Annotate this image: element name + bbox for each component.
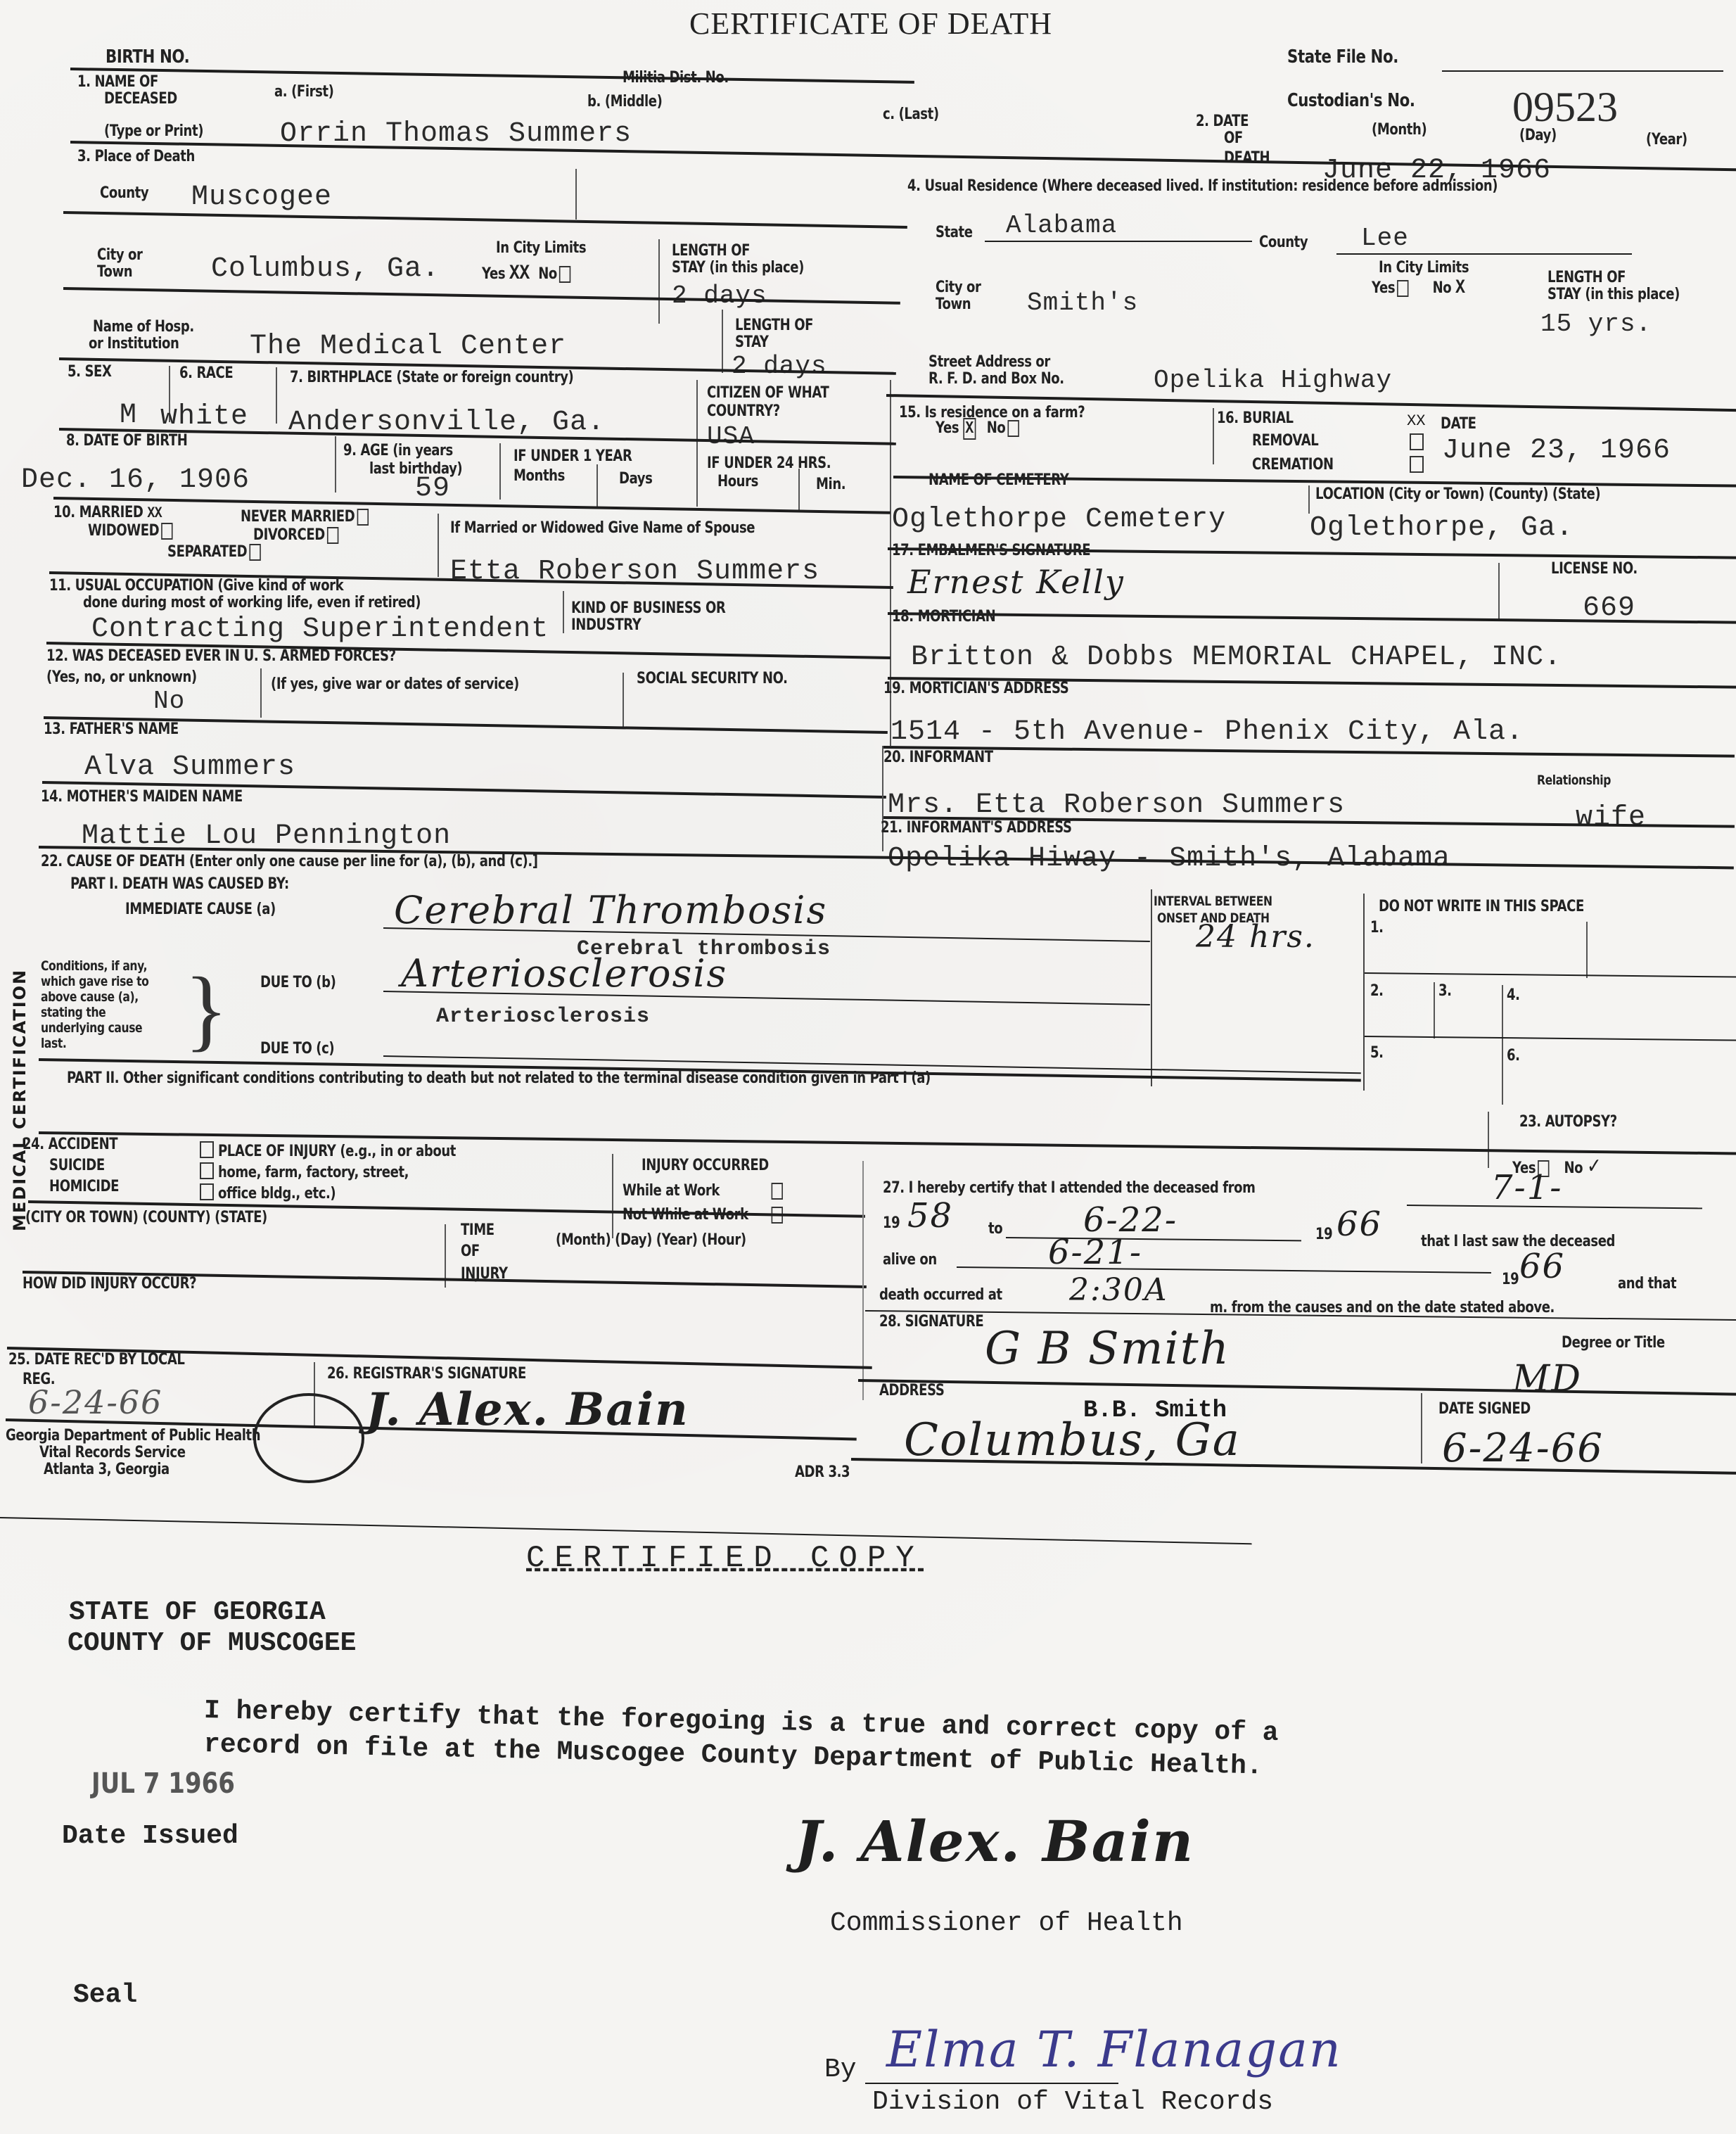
grid-cell-3: 3. <box>1438 982 1452 1000</box>
part-2-label: PART II. Other significant conditions co… <box>67 1069 931 1087</box>
time-columns-label: (Month) (Day) (Year) (Hour) <box>556 1231 746 1249</box>
injury-occurred-label: INJURY OCCURRED <box>642 1157 769 1174</box>
date-of-death-label-2: OF <box>1224 129 1243 147</box>
armed-forces-label: 12. WAS DECEASED EVER IN U. S. ARMED FOR… <box>46 647 396 665</box>
vital-records-signature: Elma T. Flanagan <box>886 2021 1342 2078</box>
age-label-1: 9. AGE (in years <box>343 442 453 459</box>
business-label-1: KIND OF BUSINESS OR <box>571 599 725 617</box>
commissioner-signature: J. Alex. Bain <box>795 1808 1194 1874</box>
hosp-stay-label-1: LENGTH OF <box>735 317 813 334</box>
res-stay-value: 15 yrs. <box>1540 310 1652 338</box>
certified-copy-title: CERTIFIED COPY <box>526 1541 924 1576</box>
res-city-value: Smith's <box>1027 288 1138 317</box>
suicide-checkbox[interactable]: SUICIDE <box>49 1157 105 1174</box>
farm-checkbox[interactable]: Yes X No <box>936 419 1021 438</box>
alive-on-label: alive on <box>883 1251 937 1269</box>
father-value: Alva Summers <box>84 751 295 783</box>
burial-label: 16. BURIAL <box>1217 409 1294 427</box>
license-label: LICENSE NO. <box>1551 560 1638 578</box>
day-label: (Day) <box>1519 127 1557 144</box>
date-of-death-label-3: DEATH <box>1224 149 1270 167</box>
homicide-checkbox[interactable]: HOMICIDE <box>49 1178 119 1195</box>
cemetery-label: NAME OF CEMETERY <box>928 471 1068 489</box>
cemetery-location-value: Oglethorpe, Ga. <box>1310 512 1574 544</box>
sex-label: 5. SEX <box>68 363 111 381</box>
birthplace-label: 7. BIRTHPLACE (State or foreign country) <box>290 369 573 386</box>
year-label: (Year) <box>1646 131 1687 148</box>
months-label: Months <box>513 467 565 485</box>
place-of-death-label: 3. Place of Death <box>77 148 195 165</box>
custodians-no-value: 09523 <box>1512 83 1618 132</box>
burial-date-label: DATE <box>1441 415 1476 433</box>
date-signed-value: 6-24-66 <box>1442 1425 1604 1471</box>
physician-address-value: Columbus, Ga <box>904 1414 1241 1466</box>
interval-value: 24 hrs. <box>1196 919 1315 955</box>
grid-cell-2: 2. <box>1370 982 1384 1000</box>
part-1-label: PART I. DEATH WAS CAUSED BY: <box>70 875 289 893</box>
citizen-value: USA <box>707 422 755 451</box>
date-of-death-label-1: 2. DATE <box>1196 113 1249 130</box>
immediate-cause-label: IMMEDIATE CAUSE (a) <box>125 901 276 918</box>
hosp-stay-label-2: STAY <box>735 334 769 351</box>
time-of-injury-label-1: TIME <box>461 1221 494 1239</box>
separated-checkbox[interactable]: SEPARATED <box>167 543 263 561</box>
embalmer-label: 17. EMBALMER'S SIGNATURE <box>892 542 1090 559</box>
relationship-value: wife <box>1576 802 1646 834</box>
occupation-label-2: done during most of working life, even i… <box>83 594 421 611</box>
dept-footer-line-3: Atlanta 3, Georgia <box>44 1461 170 1478</box>
hours-label: Hours <box>717 473 758 490</box>
days-label: Days <box>619 470 652 488</box>
middle-name-label: b. (Middle) <box>587 93 662 110</box>
removal-label: REMOVAL <box>1252 432 1318 450</box>
res-county-label: County <box>1259 234 1308 251</box>
widowed-checkbox[interactable]: WIDOWED <box>88 522 175 540</box>
res-state-value: Alabama <box>1006 211 1117 240</box>
war-service-label: (If yes, give war or dates of service) <box>271 675 519 693</box>
injury-location-label: (CITY OR TOWN) (COUNTY) (STATE) <box>25 1209 267 1226</box>
division-label: Division of Vital Records <box>872 2087 1273 2117</box>
citizen-label-1: CITIZEN OF WHAT <box>707 384 829 402</box>
while-at-work-checkbox[interactable]: While at Work <box>623 1182 785 1200</box>
informant-address-label: 21. INFORMANT'S ADDRESS <box>881 819 1072 837</box>
certify-text-2: that I last saw the deceased <box>1421 1233 1615 1250</box>
res-stay-label-2: STAY (in this place) <box>1547 286 1680 303</box>
cemetery-name-value: Oglethorpe Cemetery <box>892 504 1226 535</box>
removal-checkbox[interactable] <box>1407 433 1427 450</box>
conditions-label: Conditions, if any, which gave rise to a… <box>41 958 156 1051</box>
under-1-year-label: IF UNDER 1 YEAR <box>513 447 632 465</box>
death-time-value: 2:30A <box>1069 1272 1168 1308</box>
occupation-value: Contracting Superintendent <box>91 614 549 645</box>
burial-checkbox[interactable]: XX <box>1407 412 1425 430</box>
name-label-2: DECEASED <box>104 90 177 108</box>
death-occurred-label: death occurred at <box>879 1286 1002 1304</box>
signature-label: 28. SIGNATURE <box>879 1313 983 1330</box>
form-number: ADR 3.3 <box>795 1463 850 1481</box>
custodians-no-label: Custodian's No. <box>1287 90 1415 111</box>
burial-date-value: June 23, 1966 <box>1442 435 1671 466</box>
res-state-label: State <box>936 224 973 241</box>
embalmer-signature: Ernest Kelly <box>907 563 1125 601</box>
date-received-label-1: 25. DATE REC'D BY LOCAL <box>8 1351 184 1368</box>
business-label-2: INDUSTRY <box>571 616 641 634</box>
mortician-address-label: 19. MORTICIAN'S ADDRESS <box>883 680 1068 697</box>
dob-label: 8. DATE OF BIRTH <box>66 432 187 450</box>
how-injury-label: HOW DID INJURY OCCUR? <box>23 1275 196 1293</box>
dept-footer-line-1: Georgia Department of Public Health <box>6 1427 260 1444</box>
divorced-checkbox[interactable]: DIVORCED <box>253 526 341 544</box>
place-of-injury-label-1: PLACE OF INJURY (e.g., in or about <box>218 1143 456 1160</box>
relationship-label: Relationship <box>1537 773 1611 788</box>
in-city-yes-checkbox[interactable]: Yes XX No <box>482 262 573 286</box>
autopsy-label: 23. AUTOPSY? <box>1519 1113 1617 1131</box>
res-in-city-limits-label: In City Limits <box>1379 259 1469 277</box>
grid-cell-1: 1. <box>1370 919 1384 936</box>
registrar-signature-label: 26. REGISTRAR'S SIGNATURE <box>327 1365 526 1383</box>
name-label-3: (Type or Print) <box>104 122 203 140</box>
min-label: Min. <box>816 476 845 493</box>
accident-box[interactable] <box>197 1141 217 1158</box>
physician-signature: G B Smith <box>985 1323 1230 1375</box>
certify-text-3: and that <box>1618 1275 1676 1293</box>
race-value: white <box>160 401 248 433</box>
city-label-2: Town <box>97 263 132 281</box>
armed-forces-sub-label: (Yes, no, or unknown) <box>46 668 197 686</box>
mortician-value: Britton & Dobbs MEMORIAL CHAPEL, INC. <box>911 642 1562 673</box>
sex-value: M <box>120 400 137 431</box>
in-city-limits-label: In City Limits <box>496 239 586 257</box>
place-of-injury-label-3: office bldg., etc.) <box>218 1185 336 1202</box>
armed-forces-value: No <box>153 687 185 716</box>
birth-no-label: BIRTH NO. <box>106 46 189 68</box>
immediate-cause-handwritten: Cerebral Thrombosis <box>394 888 827 932</box>
last-name-label: c. (Last) <box>883 106 939 123</box>
physician-address-label: ADDRESS <box>879 1382 944 1399</box>
dob-value: Dec. 16, 1906 <box>21 464 250 496</box>
suicide-box[interactable] <box>197 1162 217 1179</box>
seal-label: Seal <box>73 1980 137 2010</box>
death-city-value: Columbus, Ga. <box>211 253 440 285</box>
certify-text-1: 27. I hereby certify that I attended the… <box>883 1179 1255 1197</box>
county-of-muscogee: COUNTY OF MUSCOGEE <box>68 1628 356 1658</box>
state-file-no-label: State File No. <box>1287 46 1398 68</box>
time-of-injury-label-2: OF <box>461 1243 480 1260</box>
by-label: By <box>824 2054 857 2085</box>
first-name-label: a. (First) <box>274 83 333 101</box>
citizen-label-2: COUNTRY? <box>707 402 780 420</box>
degree-label: Degree or Title <box>1562 1334 1665 1352</box>
ssn-label: SOCIAL SECURITY NO. <box>637 670 788 687</box>
grid-cell-5: 5. <box>1370 1044 1384 1062</box>
attended-from-year: 58 <box>907 1196 953 1236</box>
grid-cell-4: 4. <box>1507 986 1520 1004</box>
document-title: CERTIFICATE OF DEATH <box>689 6 1052 42</box>
mortician-label: 18. MORTICIAN <box>892 608 995 625</box>
do-not-write-label: DO NOT WRITE IN THIS SPACE <box>1379 898 1584 915</box>
due-to-b-handwritten: Arteriosclerosis <box>401 951 727 996</box>
commissioner-label: Commissioner of Health <box>830 1908 1183 1938</box>
cause-of-death-label: 22. CAUSE OF DEATH (Enter only one cause… <box>41 853 538 870</box>
degree-value: MD <box>1512 1358 1582 1400</box>
hospital-label-1: Name of Hosp. <box>93 318 194 336</box>
alive-year-prefix: 19 <box>1502 1271 1519 1288</box>
length-of-stay-label-2: STAY (in this place) <box>672 259 804 277</box>
age-value: 59 <box>415 473 450 504</box>
to-year-prefix: 19 <box>1315 1226 1332 1243</box>
name-label-1: 1. NAME OF <box>77 73 158 91</box>
race-label: 6. RACE <box>179 364 233 382</box>
date-received-value: 6-24-66 <box>28 1383 162 1421</box>
never-married-checkbox[interactable]: NEVER MARRIED <box>241 508 371 526</box>
hosp-stay-value: 2 days <box>732 352 827 381</box>
medical-certification-side-label: MEDICAL CERTIFICATION <box>10 957 30 1231</box>
length-of-stay-value: 2 days <box>672 281 767 310</box>
spouse-label: If Married or Widowed Give Name of Spous… <box>450 519 755 537</box>
month-label: (Month) <box>1372 121 1427 139</box>
attended-from-value: 7-1- <box>1491 1168 1563 1207</box>
due-to-b-typed: Arteriosclerosis <box>436 1005 650 1029</box>
grid-cell-6: 6. <box>1507 1047 1520 1065</box>
res-city-label-2: Town <box>936 296 971 313</box>
alive-year-value: 66 <box>1519 1247 1565 1286</box>
length-of-stay-label-1: LENGTH OF <box>672 242 750 260</box>
res-in-city-checkbox[interactable]: Yes No X <box>1372 277 1465 299</box>
accident-checkbox[interactable]: 24. ACCIDENT <box>23 1136 117 1153</box>
date-signed-label: DATE SIGNED <box>1438 1400 1531 1418</box>
interval-label-1: INTERVAL BETWEEN <box>1154 894 1272 909</box>
cemetery-location-label: LOCATION (City or Town) (County) (State) <box>1315 485 1600 503</box>
date-issued-label: Date Issued <box>62 1821 238 1851</box>
to-label: to <box>988 1220 1002 1238</box>
res-county-value: Lee <box>1361 224 1409 253</box>
dept-footer-line-2: Vital Records Service <box>39 1444 186 1461</box>
death-certificate-page: CERTIFICATE OF DEATH BIRTH NO. State Fil… <box>0 0 1736 2134</box>
cremation-checkbox[interactable] <box>1407 456 1427 473</box>
state-of-georgia: STATE OF GEORGIA <box>69 1597 326 1627</box>
city-label-1: City or <box>97 246 143 264</box>
attended-to-year: 66 <box>1336 1205 1382 1244</box>
street-label-1: Street Address or <box>928 353 1050 371</box>
registrar-stamp <box>253 1393 364 1483</box>
conditions-brace: } <box>184 964 228 1055</box>
occupation-label-1: 11. USUAL OCCUPATION (Give kind of work <box>49 577 343 595</box>
mother-label: 14. MOTHER'S MAIDEN NAME <box>41 788 243 806</box>
street-label-2: R. F. D. and Box No. <box>928 370 1064 388</box>
due-to-b-label: DUE TO (b) <box>260 974 336 991</box>
res-stay-label-1: LENGTH OF <box>1547 269 1626 286</box>
place-of-injury-label-2: home, farm, factory, street, <box>218 1164 409 1181</box>
hospital-label-2: or Institution <box>89 335 179 353</box>
county-label: County <box>100 184 148 202</box>
homicide-box[interactable] <box>197 1183 217 1200</box>
informant-label: 20. INFORMANT <box>883 749 993 766</box>
alive-on-value: 6-21- <box>1048 1233 1142 1272</box>
death-county-value: Muscogee <box>191 182 332 213</box>
due-to-c-label: DUE TO (c) <box>260 1040 334 1058</box>
street-value: Opelika Highway <box>1154 366 1392 395</box>
usual-residence-label: 4. Usual Residence (Where deceased lived… <box>907 177 1498 195</box>
res-city-label-1: City or <box>936 279 981 296</box>
cremation-label: CREMATION <box>1252 456 1334 474</box>
father-label: 13. FATHER'S NAME <box>44 720 179 738</box>
hospital-value: The Medical Center <box>250 331 566 362</box>
date-issued-stamp: JUL 7 1966 <box>91 1767 235 1800</box>
under-24-hrs-label: IF UNDER 24 HRS. <box>707 455 831 472</box>
from-year-prefix: 19 <box>883 1214 900 1232</box>
married-checkbox[interactable]: 10. MARRIED XX <box>53 504 162 522</box>
mortician-address-value: 1514 - 5th Avenue- Phenix City, Ala. <box>891 716 1524 748</box>
